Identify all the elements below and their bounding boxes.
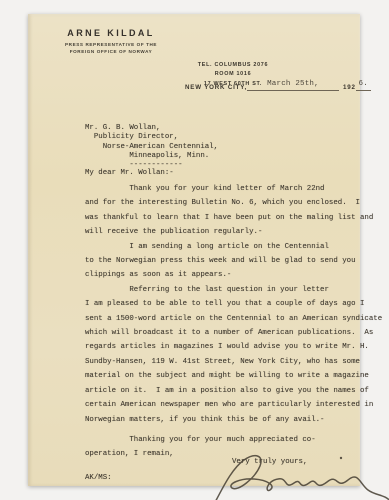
reference-initials: AK/MS:	[85, 474, 112, 482]
salutation: My dear Mr. Wollan:-	[85, 169, 174, 177]
body-paragraph-3: Referring to the last question in your l…	[85, 283, 387, 427]
recipient-address: Mr. G. B. Wollan, Publicity Director, No…	[85, 124, 218, 170]
letterhead: ARNE KILDAL PRESS REPRESENTATIVE OF THE …	[65, 28, 157, 54]
letterhead-title-line1: PRESS REPRESENTATIVE OF THE	[65, 42, 157, 47]
letter-body: Thank you for your kind letter of March …	[85, 182, 387, 462]
city-label: NEW YORK CITY,	[185, 84, 247, 91]
letterhead-title-line2: FOREIGN OFFICE OF NORWAY	[65, 49, 157, 54]
body-paragraph-2: I am sending a long article on the Cente…	[85, 240, 387, 283]
contact-telephone: TEL. COLUMBUS 2076	[183, 62, 283, 68]
valediction: Very truly yours,	[232, 458, 307, 466]
date-line: NEW YORK CITY, March 25th, 192 6.	[185, 72, 375, 91]
typed-date: March 25th,	[267, 80, 319, 88]
printed-year: 192	[343, 84, 356, 91]
body-paragraph-1: Thank you for your kind letter of March …	[85, 182, 387, 240]
typed-year-digit: 6.	[359, 80, 368, 88]
letter-page: ARNE KILDAL PRESS REPRESENTATIVE OF THE …	[28, 14, 360, 486]
letterhead-name: ARNE KILDAL	[65, 28, 157, 38]
